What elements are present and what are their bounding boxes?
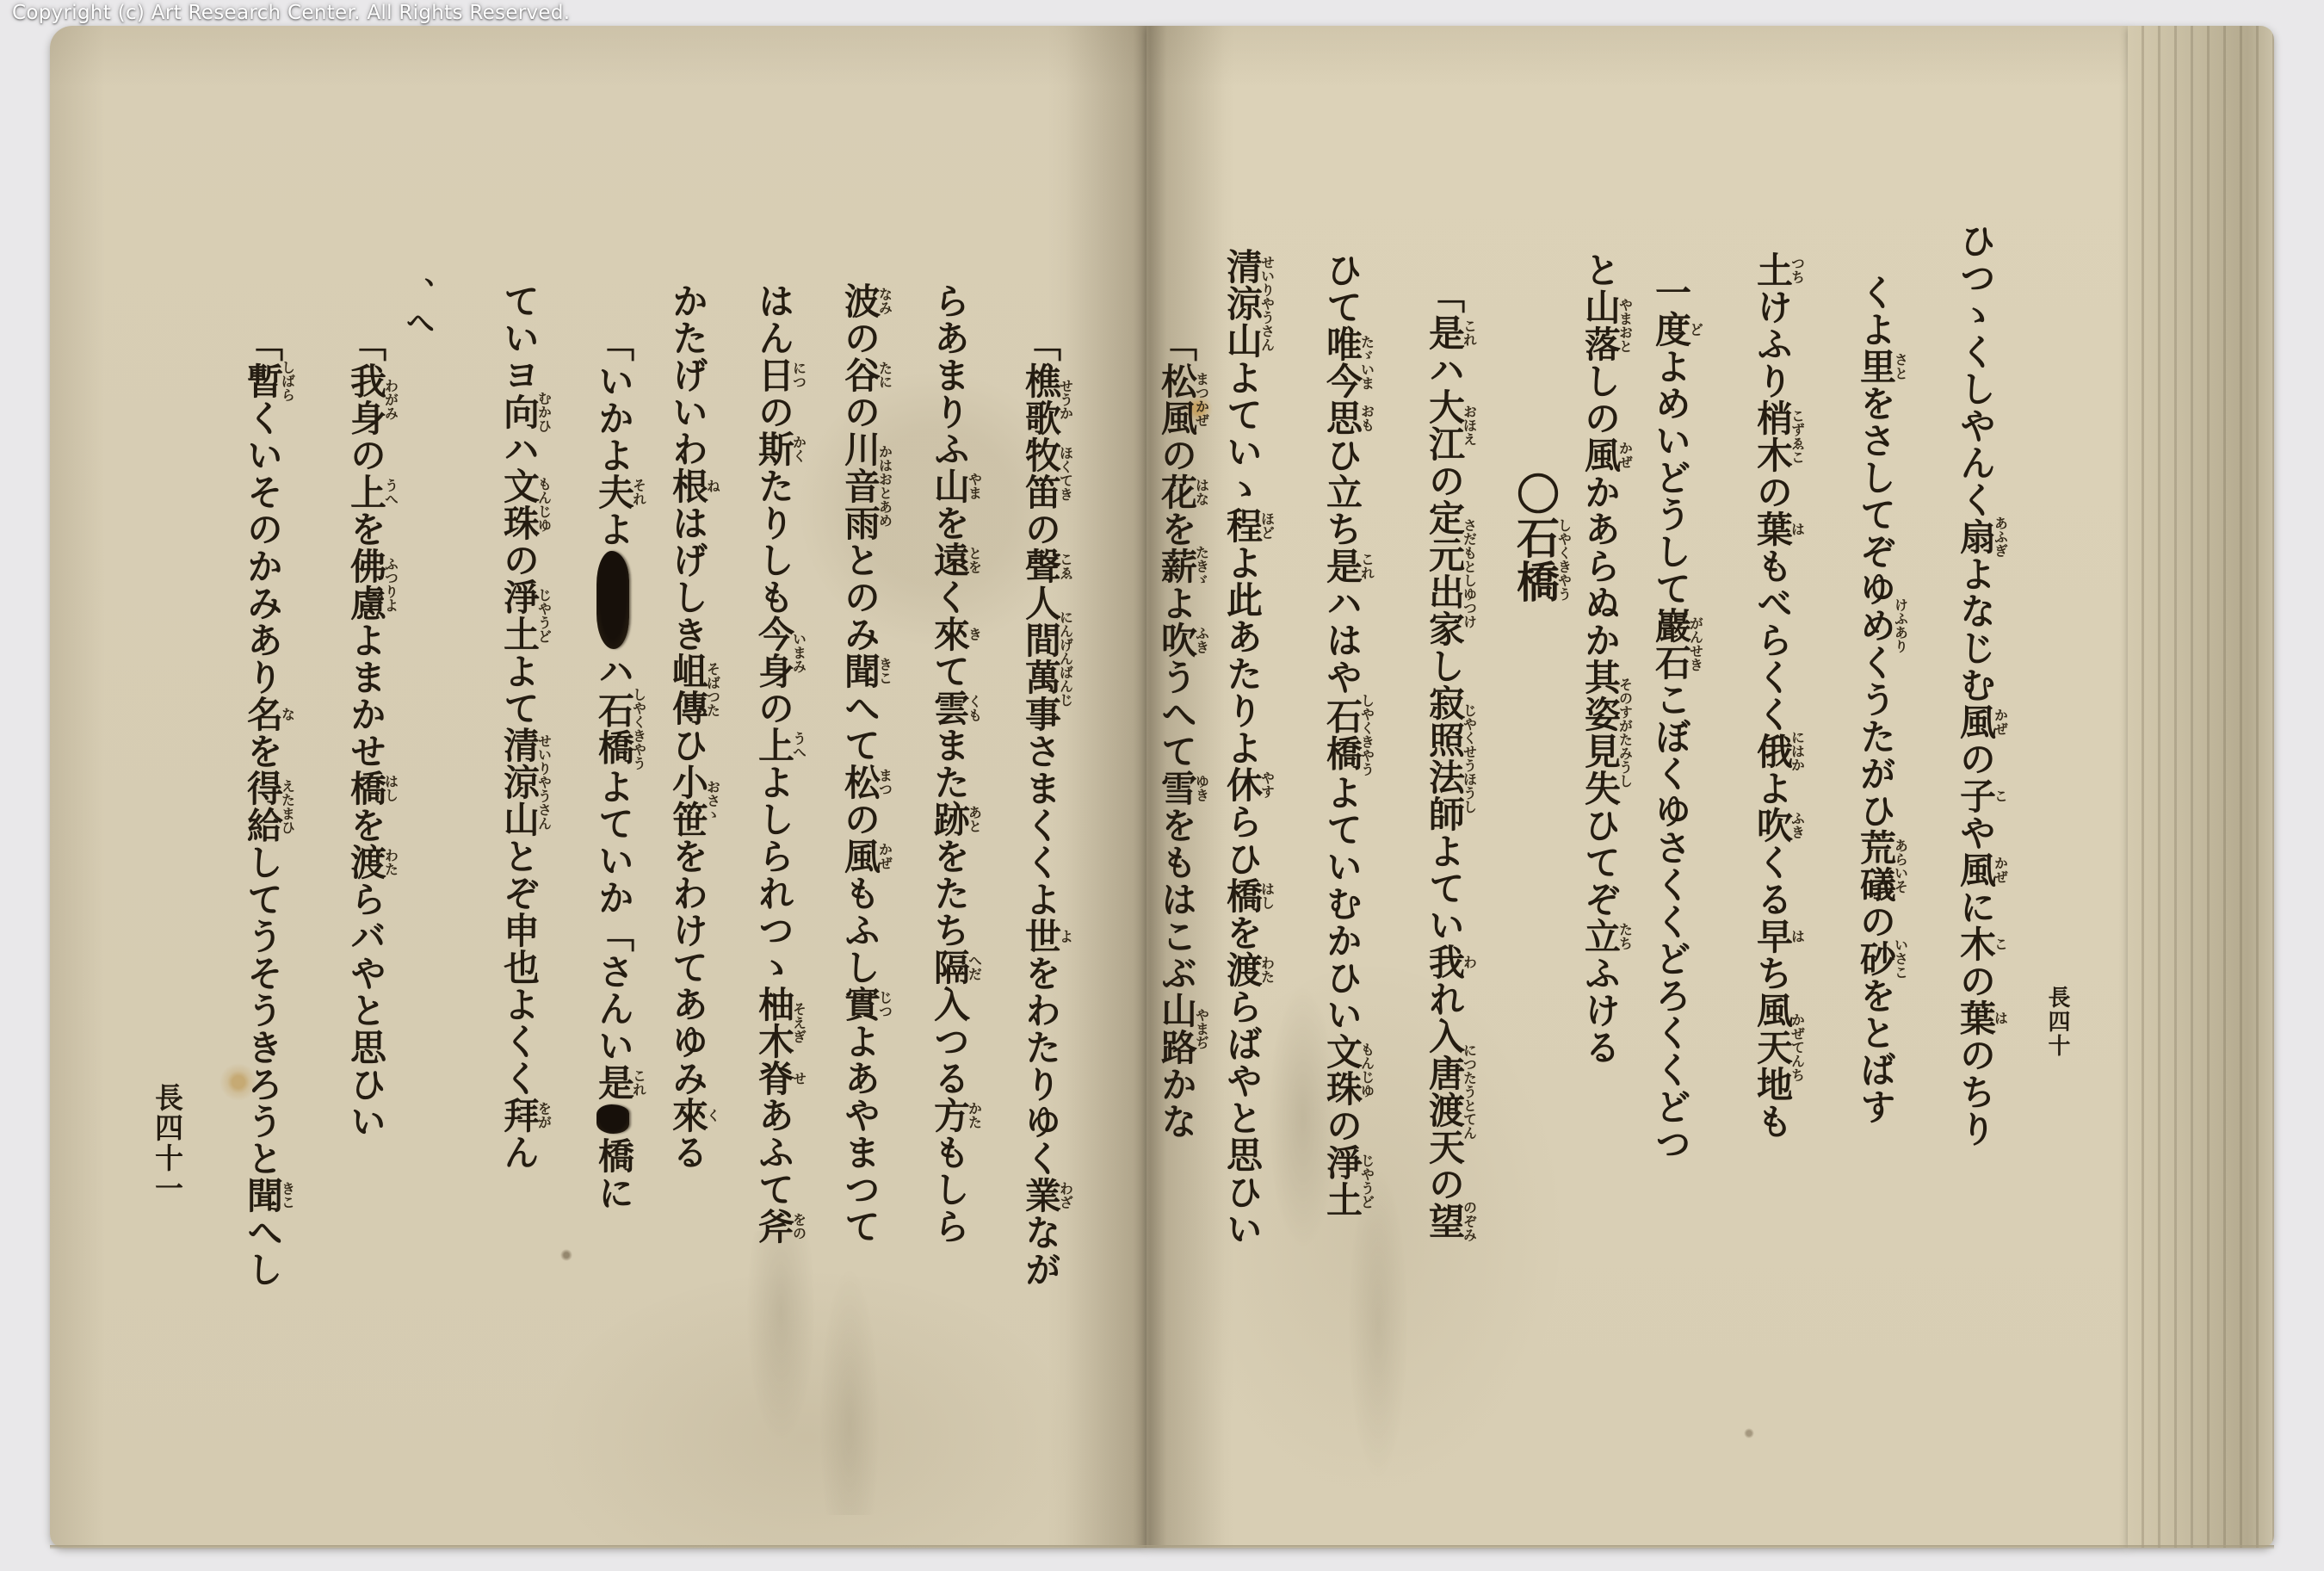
copyright-notice: Copyright (c) Art Research Center. All R… bbox=[12, 2, 570, 24]
column-6: 「いかよ夫それよハ石橋しやくきやうよていか「さんい是これ橋に bbox=[585, 325, 645, 1211]
page-number-right: 長四十 bbox=[2042, 986, 2074, 1058]
column-2: らあまりふ山やまを遠とをく來きて雲くもまた跡あとをたち隔へだ入つる方かたもしら bbox=[921, 282, 980, 1245]
column-5: かたげいわ根ねはげしき岨傳そばつたひ小笹おさゝをわけてあゆみ來くる bbox=[659, 282, 719, 1171]
column-3: 波なみの谷たにの川音雨かはおとあめとのみ聞きこへて松まつの風かぜもふし實じつよあ… bbox=[831, 282, 891, 1245]
page-number-left: 長四十一 bbox=[146, 1083, 187, 1203]
ink-blot bbox=[596, 1104, 629, 1134]
column-7: ていヨ向むかひハ文珠もんじゆの淨土じやうどよて清涼山せいりやうさんとぞ申也よくく… bbox=[491, 282, 550, 1171]
column-4: はん日につの斯かくたりしも今身いまみの上うへよしられつゝ柚木そえぎ脊せあふて斧を… bbox=[745, 282, 805, 1245]
ink-blot bbox=[596, 551, 629, 649]
margin-note: 、へ bbox=[389, 277, 444, 337]
scan-background: ひつゝくしやんく扇あふぎよなじむ風かぜの子こや風かぜに木この葉はのちりくよ里さと… bbox=[0, 0, 2324, 1571]
column-8: 「我身わがみの上うへを佛慮ふつりよよまかせ橋はしを渡わたらバやと思ひい bbox=[337, 325, 397, 1140]
left-page-text: 「樵歌せうか牧笛ほくてきの聲こゑ人間萬事にんげんばんじさまくくよ世よをわたりゆく… bbox=[0, 0, 2324, 1571]
column-9: 「暫しばらくいそのかみあり名なを得給えたまひしてうそうきろうと聞きこへし bbox=[234, 325, 294, 1288]
column-1: 「樵歌せうか牧笛ほくてきの聲こゑ人間萬事にんげんばんじさまくくよ世よをわたりゆく… bbox=[1012, 325, 1072, 1288]
